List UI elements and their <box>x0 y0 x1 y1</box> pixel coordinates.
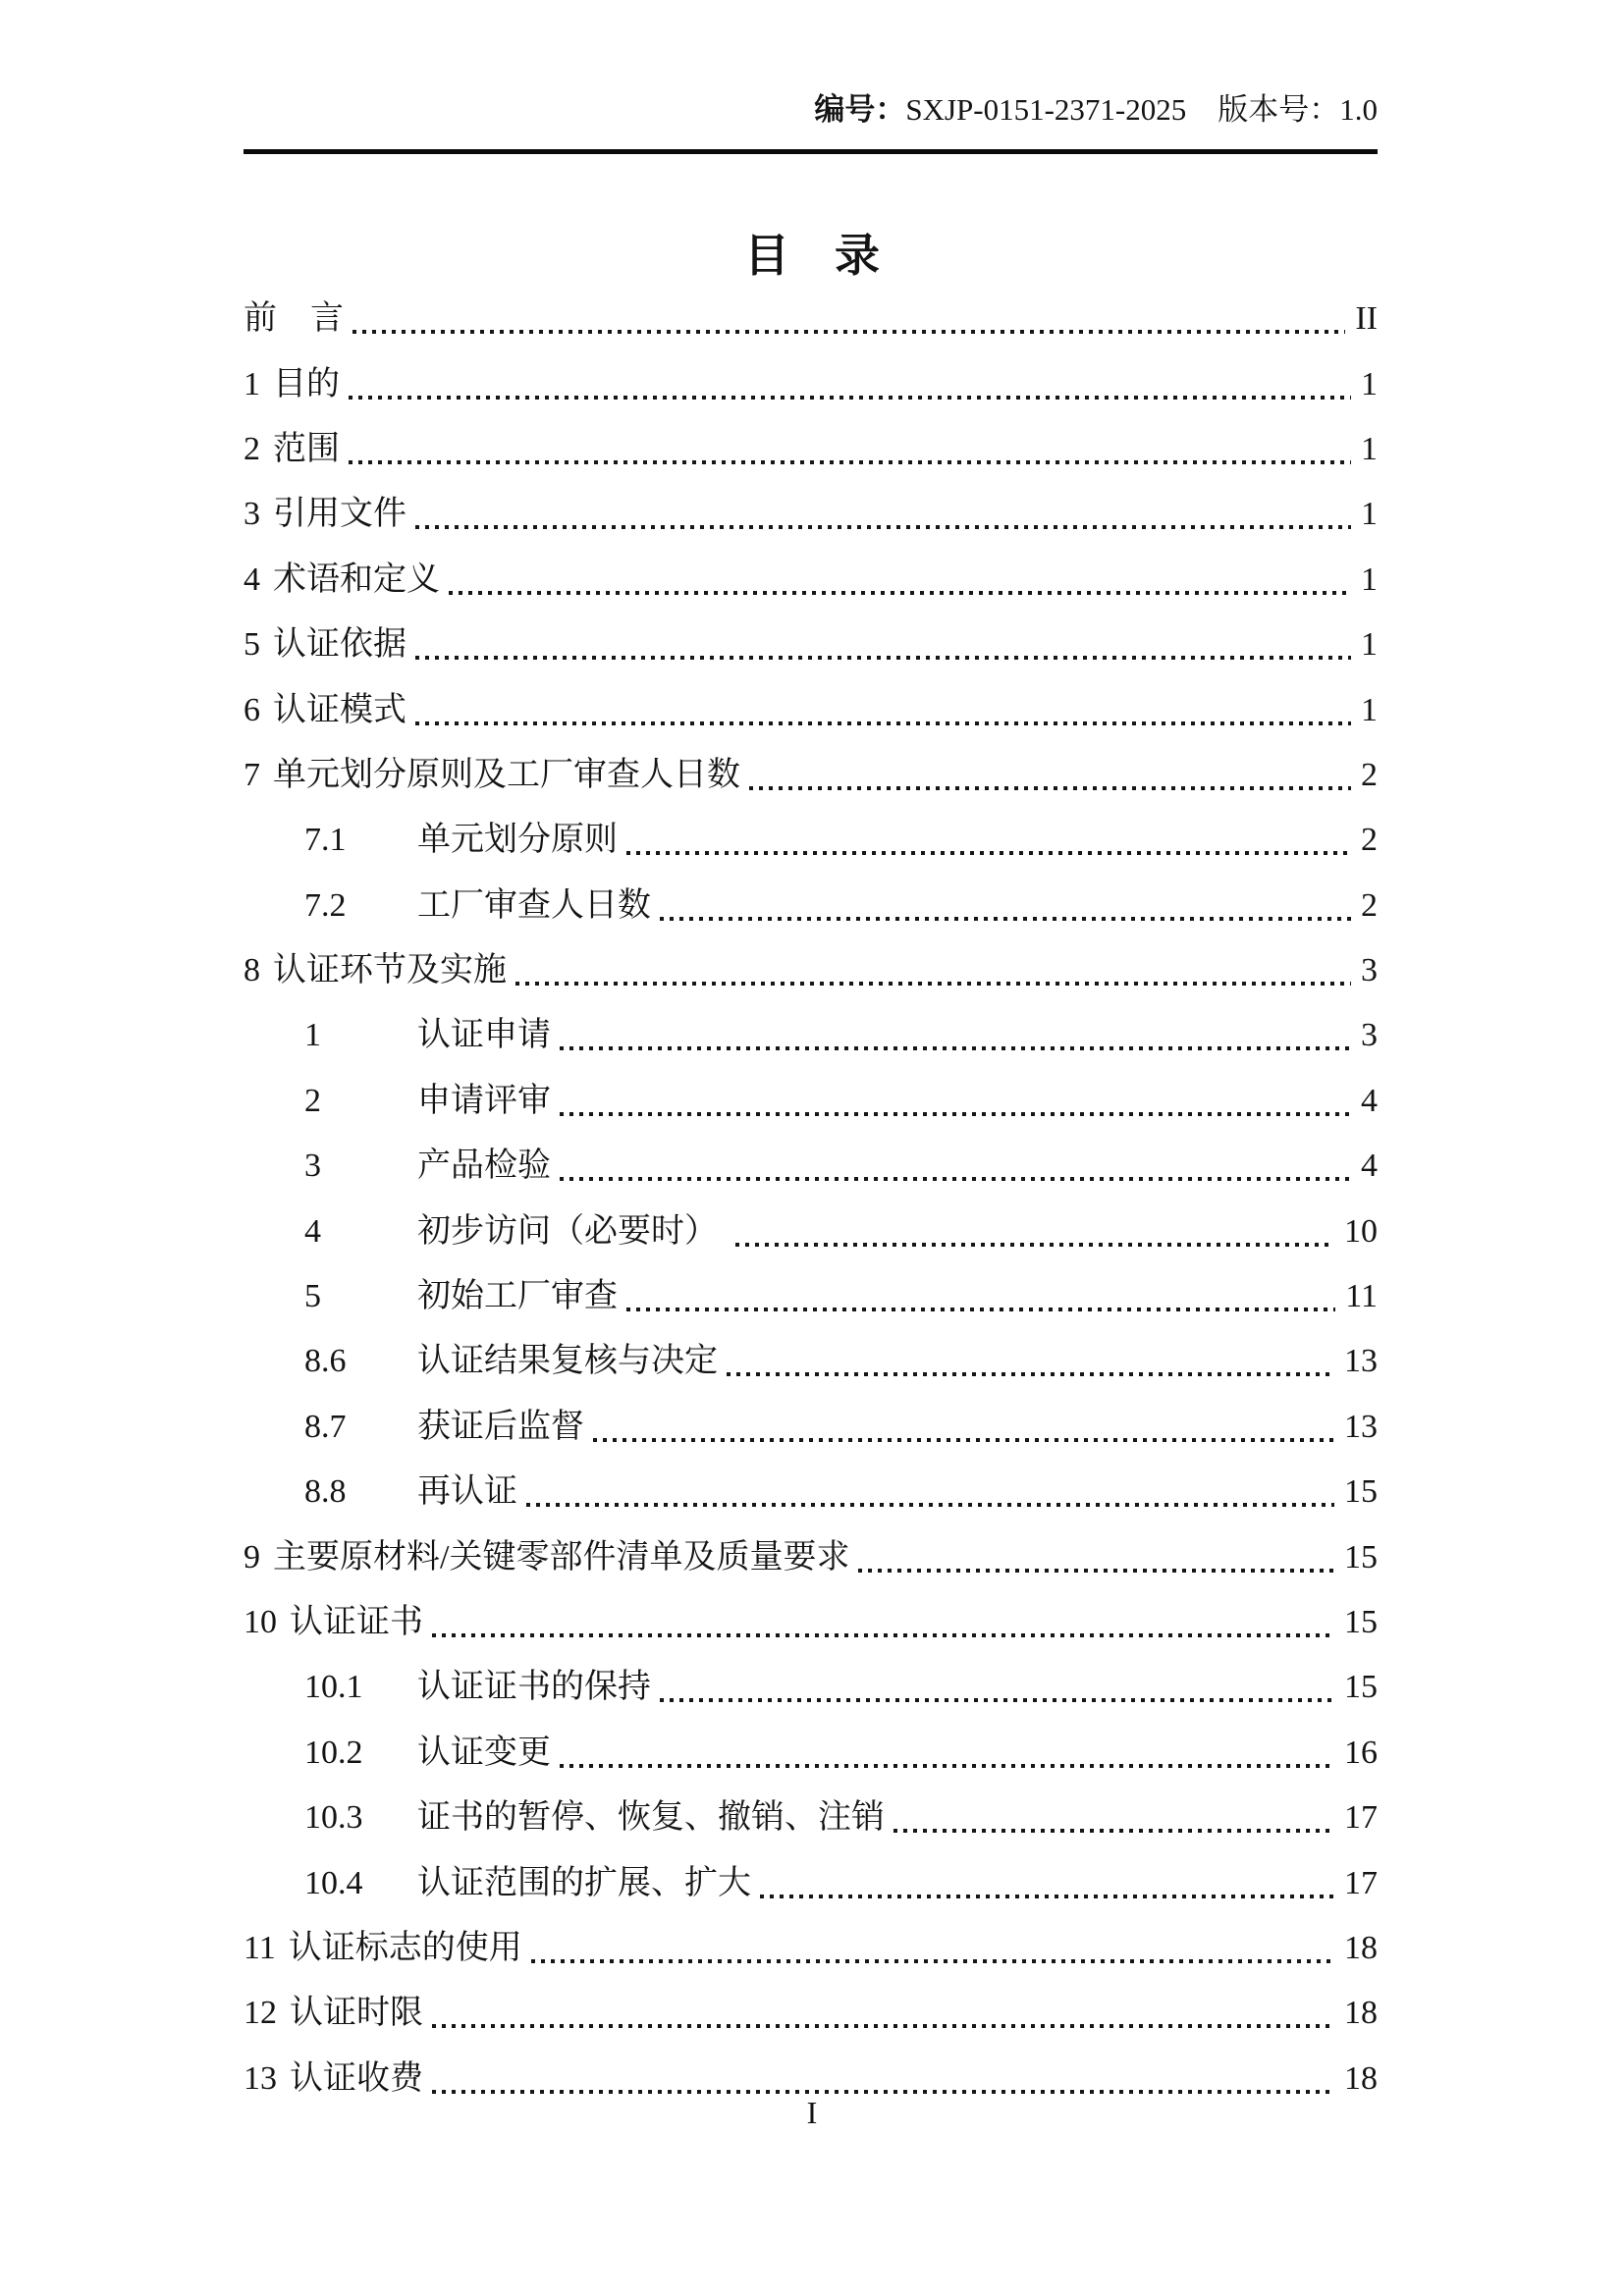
toc-dot-leader <box>893 1829 1334 1833</box>
toc-dot-leader <box>749 786 1351 790</box>
toc-dot-leader <box>660 917 1351 921</box>
toc-entry: 10.2 认证变更 16 <box>244 1721 1378 1786</box>
doc-version-label: 版本号： <box>1218 92 1339 127</box>
toc-entry-page: 4 <box>1361 1085 1378 1118</box>
toc-entry-page: 10 <box>1344 1215 1378 1249</box>
toc-entry-number: 7 <box>244 759 260 792</box>
toc-dot-leader <box>432 1633 1334 1637</box>
toc-dot-leader <box>727 1372 1334 1376</box>
toc-entry: 前 言 II <box>244 287 1378 351</box>
toc-dot-leader <box>449 591 1351 595</box>
toc-entry-title: 目的 <box>273 368 340 401</box>
toc-entry-title: 范围 <box>273 433 340 466</box>
toc-entry-page: 2 <box>1361 759 1378 792</box>
toc-entry: 1 目的 1 <box>244 351 1378 416</box>
toc-entry-title: 工厂审查人日数 <box>417 889 651 923</box>
toc-entry-page: 15 <box>1344 1541 1378 1575</box>
toc-entry-number: 8.6 <box>304 1345 417 1378</box>
toc-entry-title: 再认证 <box>417 1475 517 1509</box>
toc-entry-title: 认证变更 <box>417 1736 551 1770</box>
toc-entry: 1 认证申请 3 <box>244 1003 1378 1068</box>
toc-entry-page: 2 <box>1361 824 1378 857</box>
toc-entry-number: 8.8 <box>304 1475 417 1509</box>
page-title: 目 录 <box>0 220 1624 285</box>
toc-entry-number: 6 <box>244 694 260 727</box>
toc-entry-number: 10 <box>244 1606 277 1639</box>
toc-entry-page: 11 <box>1345 1280 1378 1313</box>
toc-entry-title: 证书的暂停、恢复、撤销、注销 <box>417 1801 885 1835</box>
toc-entry-page: 17 <box>1344 1867 1378 1900</box>
toc-dot-leader <box>560 1046 1351 1050</box>
toc-entry-title: 获证后监督 <box>417 1411 584 1444</box>
toc-entry: 8.8 再认证 15 <box>244 1460 1378 1524</box>
toc-entry: 7.1 单元划分原则 2 <box>244 808 1378 873</box>
toc-dot-leader <box>626 1308 1335 1311</box>
toc-entry: 3 产品检验 4 <box>244 1134 1378 1199</box>
toc-entry-title: 认证范围的扩展、扩大 <box>417 1867 751 1900</box>
toc-entry-page: 13 <box>1344 1411 1378 1444</box>
toc-entry-number: 1 <box>304 1019 417 1052</box>
toc-entry: 9 主要原材料/关键零部件清单及质量要求 15 <box>244 1524 1378 1589</box>
toc-entry-title: 初始工厂审查 <box>417 1280 618 1313</box>
doc-version-value: 1.0 <box>1339 92 1378 127</box>
toc-entry: 3 引用文件 1 <box>244 482 1378 547</box>
toc-entry-title: 前 言 <box>244 302 344 336</box>
toc-entry-number: 1 <box>244 368 260 401</box>
toc-entry: 7.2 工厂审查人日数 2 <box>244 874 1378 938</box>
toc-entry-title: 申请评审 <box>417 1085 551 1118</box>
toc-entry-number: 7.2 <box>304 889 417 923</box>
toc-entry-page: 18 <box>1344 1932 1378 1965</box>
toc-dot-leader <box>560 1177 1351 1181</box>
toc-entry-page: 13 <box>1344 1345 1378 1378</box>
toc-entry-number: 10.4 <box>304 1867 417 1900</box>
toc-entry-number: 2 <box>304 1085 417 1118</box>
toc-entry: 4 术语和定义 1 <box>244 548 1378 613</box>
toc-entry-number: 11 <box>244 1932 276 1965</box>
toc-entry-page: 18 <box>1344 1997 1378 2030</box>
document-header: 编号：SXJP-0151-2371-2025版本号：1.0 <box>814 84 1378 129</box>
toc-entry-title: 认证申请 <box>417 1019 551 1052</box>
toc-entry-number: 7.1 <box>304 824 417 857</box>
toc-entry-title: 术语和定义 <box>273 563 440 597</box>
toc-entry-title: 产品检验 <box>417 1149 551 1183</box>
toc-dot-leader <box>735 1243 1335 1247</box>
toc-entry-number: 12 <box>244 1997 277 2030</box>
toc-entry-title: 认证依据 <box>273 628 406 662</box>
toc-entry-number: 9 <box>244 1541 260 1575</box>
toc-dot-leader <box>531 1959 1334 1963</box>
toc-entry: 10.3 证书的暂停、恢复、撤销、注销 17 <box>244 1786 1378 1850</box>
toc-entry: 6 认证模式 1 <box>244 677 1378 742</box>
toc-entry-page: 1 <box>1361 433 1378 466</box>
toc-entry-number: 2 <box>244 433 260 466</box>
toc-entry-page: 2 <box>1361 889 1378 923</box>
toc-entry: 11 认证标志的使用 18 <box>244 1916 1378 1981</box>
toc-entry: 5 初始工厂审查 11 <box>244 1264 1378 1329</box>
toc-entry-page: II <box>1355 302 1378 336</box>
toc-entry-page: 4 <box>1361 1149 1378 1183</box>
toc-dot-leader <box>560 1112 1351 1116</box>
toc-entry: 10.1 认证证书的保持 15 <box>244 1655 1378 1720</box>
toc-entry-number: 3 <box>304 1149 417 1183</box>
toc-entry: 7 单元划分原则及工厂审查人日数 2 <box>244 743 1378 808</box>
toc-entry-number: 10.1 <box>304 1671 417 1704</box>
toc-entry-title: 认证模式 <box>273 694 406 727</box>
toc-entry: 12 认证时限 18 <box>244 1981 1378 2046</box>
toc-entry-number: 8 <box>244 954 260 988</box>
toc-dot-leader <box>526 1503 1334 1507</box>
toc-dot-leader <box>515 982 1351 986</box>
toc-entry-number: 10.2 <box>304 1736 417 1770</box>
toc-entry: 8.7 获证后监督 13 <box>244 1395 1378 1460</box>
toc-entry: 8.6 认证结果复核与决定 13 <box>244 1329 1378 1394</box>
toc-entry-number: 4 <box>304 1215 417 1249</box>
toc-entry-number: 5 <box>304 1280 417 1313</box>
toc-entry: 4 初步访问（必要时） 10 <box>244 1199 1378 1263</box>
footer-page-number: I <box>0 2095 1624 2131</box>
toc-dot-leader <box>432 2090 1334 2094</box>
toc-dot-leader <box>660 1698 1334 1702</box>
toc-dot-leader <box>352 330 1345 334</box>
toc-entry-title: 初步访问（必要时） <box>417 1215 727 1249</box>
toc-entry-page: 1 <box>1361 368 1378 401</box>
toc-entry-page: 3 <box>1361 954 1378 988</box>
toc-entry-page: 15 <box>1344 1671 1378 1704</box>
toc-entry-title: 认证证书的保持 <box>417 1671 651 1704</box>
toc-dot-leader <box>349 460 1351 464</box>
toc-dot-leader <box>593 1438 1334 1442</box>
toc-entry: 8 认证环节及实施 3 <box>244 938 1378 1003</box>
toc-entry: 10 认证证书 15 <box>244 1590 1378 1655</box>
toc-entry: 2 申请评审 4 <box>244 1069 1378 1134</box>
toc-entry-title: 引用文件 <box>273 498 406 531</box>
toc-entry-page: 16 <box>1344 1736 1378 1770</box>
toc-entry-title: 主要原材料/关键零部件清单及质量要求 <box>273 1541 849 1575</box>
toc-entry-title: 认证收费 <box>290 2062 423 2096</box>
toc-entry-page: 1 <box>1361 694 1378 727</box>
toc-entry-title: 认证标志的使用 <box>289 1932 522 1965</box>
header-rule <box>244 149 1378 154</box>
toc-dot-leader <box>858 1569 1334 1573</box>
toc-entry-number: 4 <box>244 563 260 597</box>
document-page: 编号：SXJP-0151-2371-2025版本号：1.0 目 录 前 言 II… <box>0 0 1624 2296</box>
toc-dot-leader <box>560 1764 1334 1768</box>
toc-entry-page: 18 <box>1344 2062 1378 2096</box>
toc-entry-title: 单元划分原则及工厂审查人日数 <box>273 759 740 792</box>
toc-dot-leader <box>432 2024 1334 2028</box>
toc-entry-page: 1 <box>1361 498 1378 531</box>
toc-dot-leader <box>415 656 1351 660</box>
toc-entry-number: 5 <box>244 628 260 662</box>
toc-dot-leader <box>760 1895 1334 1898</box>
toc-dot-leader <box>349 396 1351 400</box>
toc-entry: 5 认证依据 1 <box>244 613 1378 677</box>
table-of-contents: 前 言 II 1 目的 1 2 范围 1 3 引用文件 1 4 术语和定义 1 … <box>244 287 1378 2111</box>
toc-entry: 2 范围 1 <box>244 417 1378 482</box>
toc-dot-leader <box>415 525 1351 529</box>
toc-entry-page: 1 <box>1361 563 1378 597</box>
toc-entry-title: 认证时限 <box>290 1997 423 2030</box>
doc-number-value: SXJP-0151-2371-2025 <box>905 92 1186 127</box>
toc-entry-number: 8.7 <box>304 1411 417 1444</box>
toc-entry-number: 13 <box>244 2062 277 2096</box>
toc-dot-leader <box>626 851 1351 855</box>
toc-entry-title: 认证结果复核与决定 <box>417 1345 718 1378</box>
toc-entry-page: 15 <box>1344 1475 1378 1509</box>
toc-entry-number: 10.3 <box>304 1801 417 1835</box>
toc-entry-page: 15 <box>1344 1606 1378 1639</box>
toc-entry-title: 单元划分原则 <box>417 824 618 857</box>
toc-entry-title: 认证证书 <box>290 1606 423 1639</box>
toc-entry-page: 1 <box>1361 628 1378 662</box>
doc-number-label: 编号： <box>814 92 905 127</box>
toc-dot-leader <box>415 721 1351 725</box>
toc-entry-page: 17 <box>1344 1801 1378 1835</box>
toc-entry-title: 认证环节及实施 <box>273 954 507 988</box>
toc-entry-page: 3 <box>1361 1019 1378 1052</box>
toc-entry: 10.4 认证范围的扩展、扩大 17 <box>244 1850 1378 1915</box>
toc-entry-number: 3 <box>244 498 260 531</box>
